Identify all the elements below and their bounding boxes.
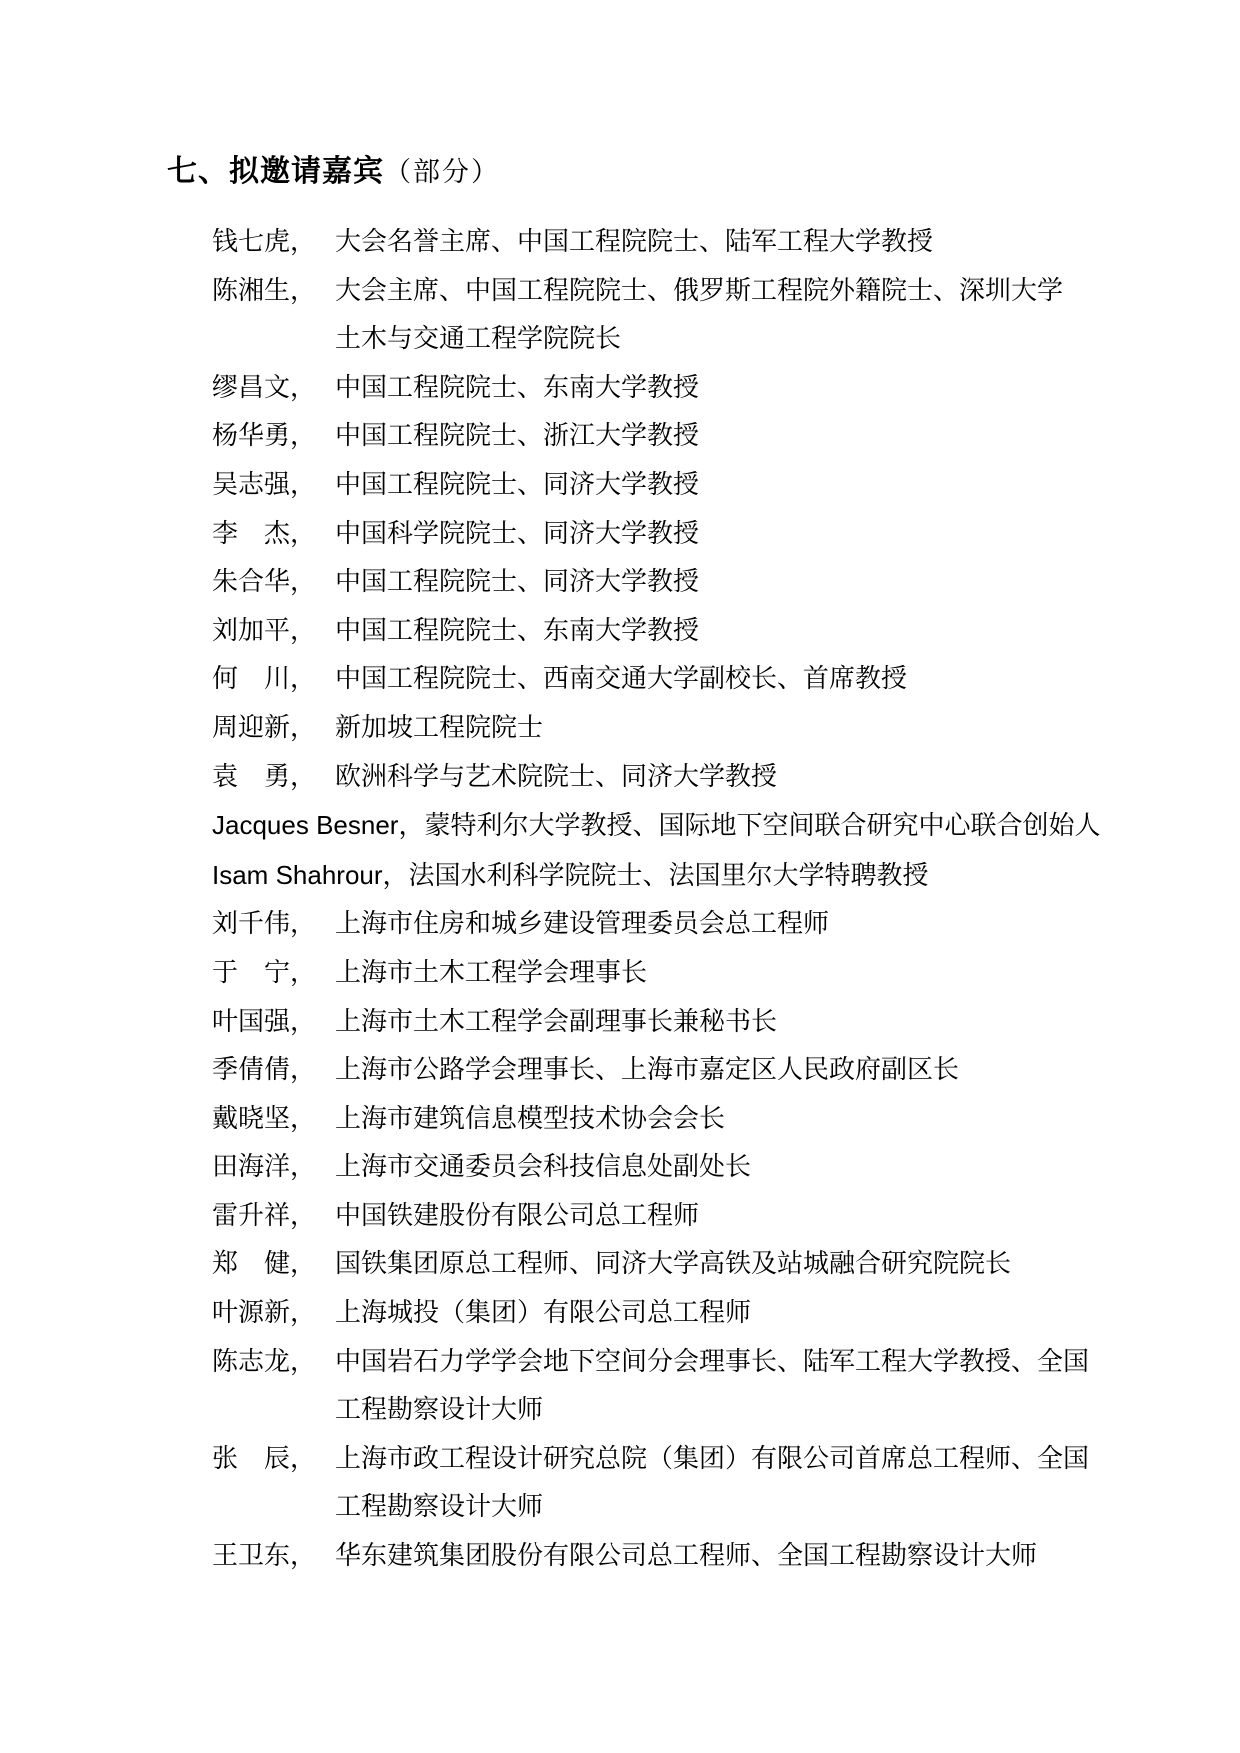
guest-entry-line: 李 杰，中国科学院院士、同济大学教授 [212, 510, 1072, 559]
guest-entry: 季倩倩，上海市公路学会理事长、上海市嘉定区人民政府副区长 [212, 1046, 1072, 1095]
guest-entry: Isam Shahrour，法国水利科学院院士、法国里尔大学特聘教授 [212, 851, 1072, 901]
guest-name: 季倩倩， [212, 1046, 335, 1095]
guest-entry: 刘千伟，上海市住房和城乡建设管理委员会总工程师 [212, 900, 1072, 949]
guest-role: 欧洲科学与艺术院院士、同济大学教授 [335, 762, 777, 791]
guest-entry-line: 何 川，中国工程院院士、西南交通大学副校长、首席教授 [212, 655, 1072, 704]
guest-name: 朱合华， [212, 558, 335, 607]
guest-name: 雷升祥， [212, 1192, 335, 1241]
guest-name: 戴晓坚， [212, 1095, 335, 1144]
guest-entry-line: 袁 勇，欧洲科学与艺术院院士、同济大学教授 [212, 753, 1072, 802]
guest-entry-line: 钱七虎，大会名誉主席、中国工程院院士、陆军工程大学教授 [212, 218, 1072, 267]
guest-role: 中国工程院院士、西南交通大学副校长、首席教授 [335, 664, 907, 693]
guest-entry-line: 杨华勇，中国工程院院士、浙江大学教授 [212, 412, 1072, 461]
guest-entry: 杨华勇，中国工程院院士、浙江大学教授 [212, 412, 1072, 461]
guest-entry-line: 王卫东，华东建筑集团股份有限公司总工程师、全国工程勘察设计大师 [212, 1532, 1072, 1581]
guest-name: 缪昌文， [212, 364, 335, 413]
guest-entry: 何 川，中国工程院院士、西南交通大学副校长、首席教授 [212, 655, 1072, 704]
guest-entry: 张 辰，上海市政工程设计研究总院（集团）有限公司首席总工程师、全国 工程勘察设计… [212, 1435, 1072, 1532]
guest-entry-line: 张 辰，上海市政工程设计研究总院（集团）有限公司首席总工程师、全国 [212, 1435, 1072, 1484]
guest-entry: 于 宁，上海市土木工程学会理事长 [212, 949, 1072, 998]
guest-name: 王卫东， [212, 1532, 335, 1581]
guest-role: 中国工程院院士、同济大学教授 [335, 567, 699, 596]
guest-role: 华东建筑集团股份有限公司总工程师、全国工程勘察设计大师 [335, 1541, 1037, 1570]
guest-role: 上海市交通委员会科技信息处副处长 [335, 1152, 751, 1181]
guest-role: 上海市政工程设计研究总院（集团）有限公司首席总工程师、全国 [335, 1444, 1089, 1473]
guest-role: 中国工程院院士、东南大学教授 [335, 616, 699, 645]
guest-entry: 田海洋，上海市交通委员会科技信息处副处长 [212, 1143, 1072, 1192]
guest-role: 蒙特利尔大学教授、国际地下空间联合研究中心联合创始人 [424, 811, 1100, 840]
guest-name: 袁 勇， [212, 753, 335, 802]
guest-role: 中国工程院院士、同济大学教授 [335, 470, 699, 499]
guest-entry: 刘加平，中国工程院院士、东南大学教授 [212, 607, 1072, 656]
guest-name: 何 川， [212, 655, 335, 704]
guest-entry: 缪昌文，中国工程院院士、东南大学教授 [212, 364, 1072, 413]
guest-role: 国铁集团原总工程师、同济大学高铁及站城融合研究院院长 [335, 1249, 1011, 1278]
guest-name: 钱七虎， [212, 218, 335, 267]
guest-entry: 叶国强，上海市土木工程学会副理事长兼秘书长 [212, 998, 1072, 1047]
guest-name: 陈志龙， [212, 1338, 335, 1387]
guest-role: 中国岩石力学学会地下空间分会理事长、陆军工程大学教授、全国 [335, 1347, 1089, 1376]
guest-entry-line: 于 宁，上海市土木工程学会理事长 [212, 949, 1072, 998]
guest-role: 大会主席、中国工程院院士、俄罗斯工程院外籍院士、深圳大学 [335, 276, 1063, 305]
guest-entry: 陈湘生，大会主席、中国工程院院士、俄罗斯工程院外籍院士、深圳大学 土木与交通工程… [212, 267, 1072, 364]
guest-entry-line: 刘加平，中国工程院院士、东南大学教授 [212, 607, 1072, 656]
guest-entry-line: 刘千伟，上海市住房和城乡建设管理委员会总工程师 [212, 900, 1072, 949]
guest-role-continuation: 工程勘察设计大师 [335, 1483, 1072, 1532]
guest-entry-line: 陈志龙，中国岩石力学学会地下空间分会理事长、陆军工程大学教授、全国 [212, 1338, 1072, 1387]
guest-entry-line: 朱合华，中国工程院院士、同济大学教授 [212, 558, 1072, 607]
guest-entry-line: Jacques Besner，蒙特利尔大学教授、国际地下空间联合研究中心联合创始… [212, 801, 1072, 851]
guest-role: 上海市建筑信息模型技术协会会长 [335, 1104, 725, 1133]
guest-role: 上海市土木工程学会理事长 [335, 958, 647, 987]
guest-entry-line: 叶源新，上海城投（集团）有限公司总工程师 [212, 1289, 1072, 1338]
section-heading-title: 七、拟邀请嘉宾 [167, 155, 384, 188]
guest-entry: 周迎新，新加坡工程院院士 [212, 704, 1072, 753]
guest-role-continuation: 土木与交通工程学院院长 [335, 315, 1072, 364]
guest-name: 吴志强， [212, 461, 335, 510]
guest-name: 于 宁， [212, 949, 335, 998]
guest-entry-line: 田海洋，上海市交通委员会科技信息处副处长 [212, 1143, 1072, 1192]
guest-entry-line: 叶国强，上海市土木工程学会副理事长兼秘书长 [212, 998, 1072, 1047]
guest-entry: 袁 勇，欧洲科学与艺术院院士、同济大学教授 [212, 753, 1072, 802]
guest-role: 法国水利科学院院士、法国里尔大学特聘教授 [409, 861, 929, 890]
guest-name: 郑 健， [212, 1240, 335, 1289]
guest-role: 上海城投（集团）有限公司总工程师 [335, 1298, 751, 1327]
guest-name: 叶源新， [212, 1289, 335, 1338]
guest-entry: 朱合华，中国工程院院士、同济大学教授 [212, 558, 1072, 607]
guest-role: 上海市公路学会理事长、上海市嘉定区人民政府副区长 [335, 1055, 959, 1084]
guest-name: 刘加平， [212, 607, 335, 656]
guest-name: 李 杰， [212, 510, 335, 559]
guest-entry: 叶源新，上海城投（集团）有限公司总工程师 [212, 1289, 1072, 1338]
guest-entry: 戴晓坚，上海市建筑信息模型技术协会会长 [212, 1095, 1072, 1144]
guest-entry: 吴志强，中国工程院院士、同济大学教授 [212, 461, 1072, 510]
guest-name: Jacques Besner， [212, 801, 424, 850]
guest-name: 陈湘生， [212, 267, 335, 316]
guest-entry-line: 吴志强，中国工程院院士、同济大学教授 [212, 461, 1072, 510]
guest-role: 中国工程院院士、浙江大学教授 [335, 421, 699, 450]
guest-name: 刘千伟， [212, 900, 335, 949]
guest-entry: Jacques Besner，蒙特利尔大学教授、国际地下空间联合研究中心联合创始… [212, 801, 1072, 851]
guest-role: 中国科学院院士、同济大学教授 [335, 519, 699, 548]
guest-entry-line: Isam Shahrour，法国水利科学院院士、法国里尔大学特聘教授 [212, 851, 1072, 901]
section-heading-suffix: （部分） [384, 157, 500, 187]
guest-name: 叶国强， [212, 998, 335, 1047]
document-page: 七、拟邀请嘉宾（部分） 钱七虎，大会名誉主席、中国工程院院士、陆军工程大学教授 … [0, 0, 1240, 1753]
guest-list: 钱七虎，大会名誉主席、中国工程院院士、陆军工程大学教授 陈湘生，大会主席、中国工… [212, 218, 1072, 1581]
guest-entry-line: 陈湘生，大会主席、中国工程院院士、俄罗斯工程院外籍院士、深圳大学 [212, 267, 1072, 316]
guest-entry-line: 季倩倩，上海市公路学会理事长、上海市嘉定区人民政府副区长 [212, 1046, 1072, 1095]
guest-entry: 钱七虎，大会名誉主席、中国工程院院士、陆军工程大学教授 [212, 218, 1072, 267]
guest-name: 周迎新， [212, 704, 335, 753]
section-heading: 七、拟邀请嘉宾（部分） [167, 146, 500, 198]
guest-name: 杨华勇， [212, 412, 335, 461]
guest-role: 中国铁建股份有限公司总工程师 [335, 1201, 699, 1230]
guest-entry: 王卫东，华东建筑集团股份有限公司总工程师、全国工程勘察设计大师 [212, 1532, 1072, 1581]
guest-name: 田海洋， [212, 1143, 335, 1192]
guest-entry-line: 缪昌文，中国工程院院士、东南大学教授 [212, 364, 1072, 413]
guest-entry: 郑 健，国铁集团原总工程师、同济大学高铁及站城融合研究院院长 [212, 1240, 1072, 1289]
guest-entry-line: 郑 健，国铁集团原总工程师、同济大学高铁及站城融合研究院院长 [212, 1240, 1072, 1289]
guest-entry-line: 雷升祥，中国铁建股份有限公司总工程师 [212, 1192, 1072, 1241]
guest-entry: 李 杰，中国科学院院士、同济大学教授 [212, 510, 1072, 559]
guest-name: Isam Shahrour， [212, 851, 409, 900]
guest-entry: 雷升祥，中国铁建股份有限公司总工程师 [212, 1192, 1072, 1241]
guest-role: 新加坡工程院院士 [335, 713, 543, 742]
guest-role: 上海市土木工程学会副理事长兼秘书长 [335, 1007, 777, 1036]
guest-entry-line: 周迎新，新加坡工程院院士 [212, 704, 1072, 753]
guest-entry: 陈志龙，中国岩石力学学会地下空间分会理事长、陆军工程大学教授、全国 工程勘察设计… [212, 1338, 1072, 1435]
guest-role: 上海市住房和城乡建设管理委员会总工程师 [335, 909, 829, 938]
guest-role-continuation: 工程勘察设计大师 [335, 1386, 1072, 1435]
guest-role: 大会名誉主席、中国工程院院士、陆军工程大学教授 [335, 227, 933, 256]
guest-entry-line: 戴晓坚，上海市建筑信息模型技术协会会长 [212, 1095, 1072, 1144]
guest-role: 中国工程院院士、东南大学教授 [335, 373, 699, 402]
guest-name: 张 辰， [212, 1435, 335, 1484]
